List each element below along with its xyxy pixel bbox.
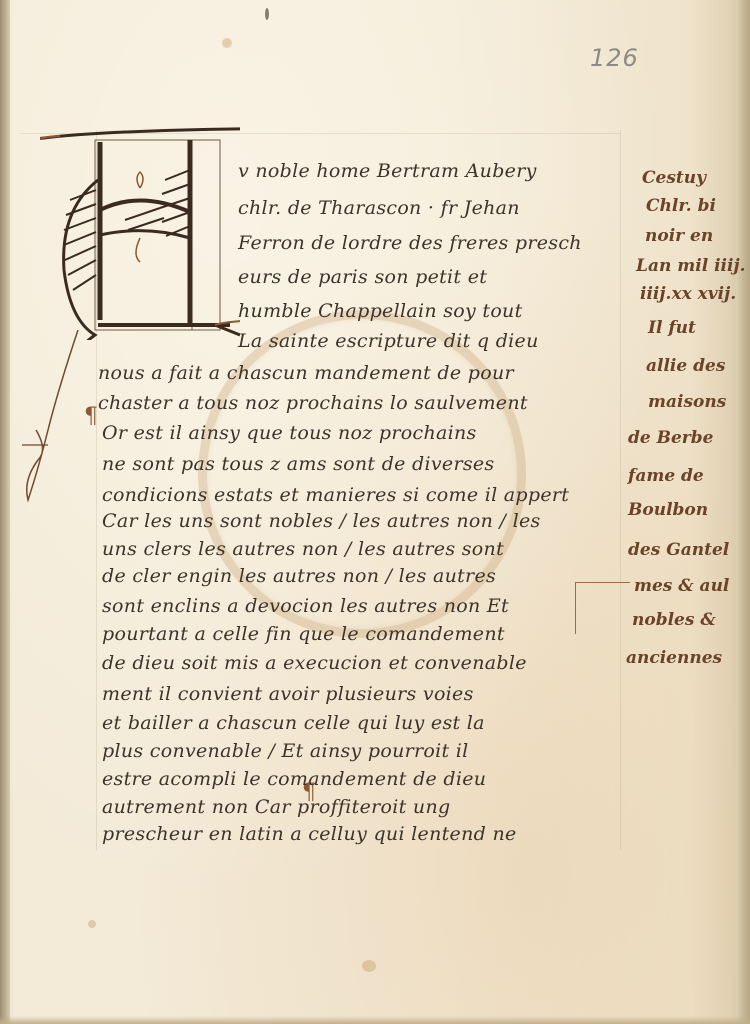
text-line: uns clers les autres non / les autres so… <box>102 538 504 560</box>
text-line: La sainte escripture dit q dieu <box>238 330 539 352</box>
margin-annotation: fame de <box>628 466 704 486</box>
ruling-line-right <box>620 130 621 850</box>
text-line: de cler engin les autres non / les autre… <box>102 565 496 587</box>
foxing-spot <box>88 920 96 928</box>
text-line: nous a fait a chascun mandement de pour <box>98 362 514 384</box>
text-line: chlr. de Tharascon · fr Jehan <box>238 197 520 219</box>
rubric-line <box>575 582 576 634</box>
text-line: et bailler a chascun celle qui luy est l… <box>102 712 485 734</box>
margin-annotation: mes & aul <box>634 576 729 596</box>
text-line: v noble home Bertram Aubery <box>238 160 537 182</box>
margin-annotation: nobles & <box>632 610 716 630</box>
foxing-spot <box>222 38 232 48</box>
margin-annotation: des Gantel <box>628 540 729 560</box>
paragraph-mark-icon: ¶ <box>84 404 98 429</box>
margin-annotation: allie des <box>646 356 725 376</box>
foxing-spot <box>362 960 376 972</box>
text-line: Ferron de lordre des freres presch <box>238 232 582 254</box>
rubric-line <box>575 582 630 583</box>
folio-number: 126 <box>590 44 639 72</box>
text-line: pourtant a celle fin que le comandement <box>102 623 505 645</box>
manuscript-page: 126 <box>0 0 750 1024</box>
decorated-initial-a <box>40 120 240 340</box>
text-line: sont enclins a devocion les autres non E… <box>102 595 509 617</box>
decorated-initial-icon <box>40 120 240 340</box>
text-line: autrement non Car proffiteroit ung <box>102 796 450 818</box>
margin-annotation: noir en <box>645 226 713 246</box>
margin-annotation: Chlr. bi <box>646 196 716 216</box>
margin-annotation: Il fut <box>648 318 696 338</box>
text-line: prescheur en latin a celluy qui lentend … <box>102 823 517 845</box>
text-line: Or est il ainsy que tous noz prochains <box>102 422 477 444</box>
margin-annotation: iiij.xx xvij. <box>640 284 736 304</box>
margin-annotation: Cestuy <box>642 168 706 188</box>
text-line: eurs de paris son petit et <box>238 266 487 288</box>
margin-annotation: de Berbe <box>628 428 713 448</box>
margin-annotation: Boulbon <box>628 500 708 520</box>
margin-annotation: anciennes <box>626 648 722 668</box>
text-line: humble Chappellain soy tout <box>238 300 523 322</box>
text-line: de dieu soit mis a execucion et convenab… <box>102 652 527 674</box>
text-line: condicions estats et manieres si come il… <box>102 484 569 506</box>
text-line: Car les uns sont nobles / les autres non… <box>102 510 541 532</box>
binding-gutter <box>0 0 10 1024</box>
text-line: ne sont pas tous z ams sont de diverses <box>102 453 494 475</box>
text-line: ment il convient avoir plusieurs voies <box>102 683 474 705</box>
page-fore-edge <box>736 0 750 1024</box>
text-line: plus convenable / Et ainsy pourroit il <box>102 740 469 762</box>
margin-annotation: Lan mil iiij. <box>636 256 746 276</box>
text-line: chaster a tous noz prochains lo saulveme… <box>98 392 528 414</box>
text-line: estre acompli le comandement de dieu <box>102 768 486 790</box>
foxing-spot <box>265 8 269 20</box>
margin-annotation: maisons <box>648 392 726 412</box>
page-bottom-edge <box>0 1016 750 1024</box>
